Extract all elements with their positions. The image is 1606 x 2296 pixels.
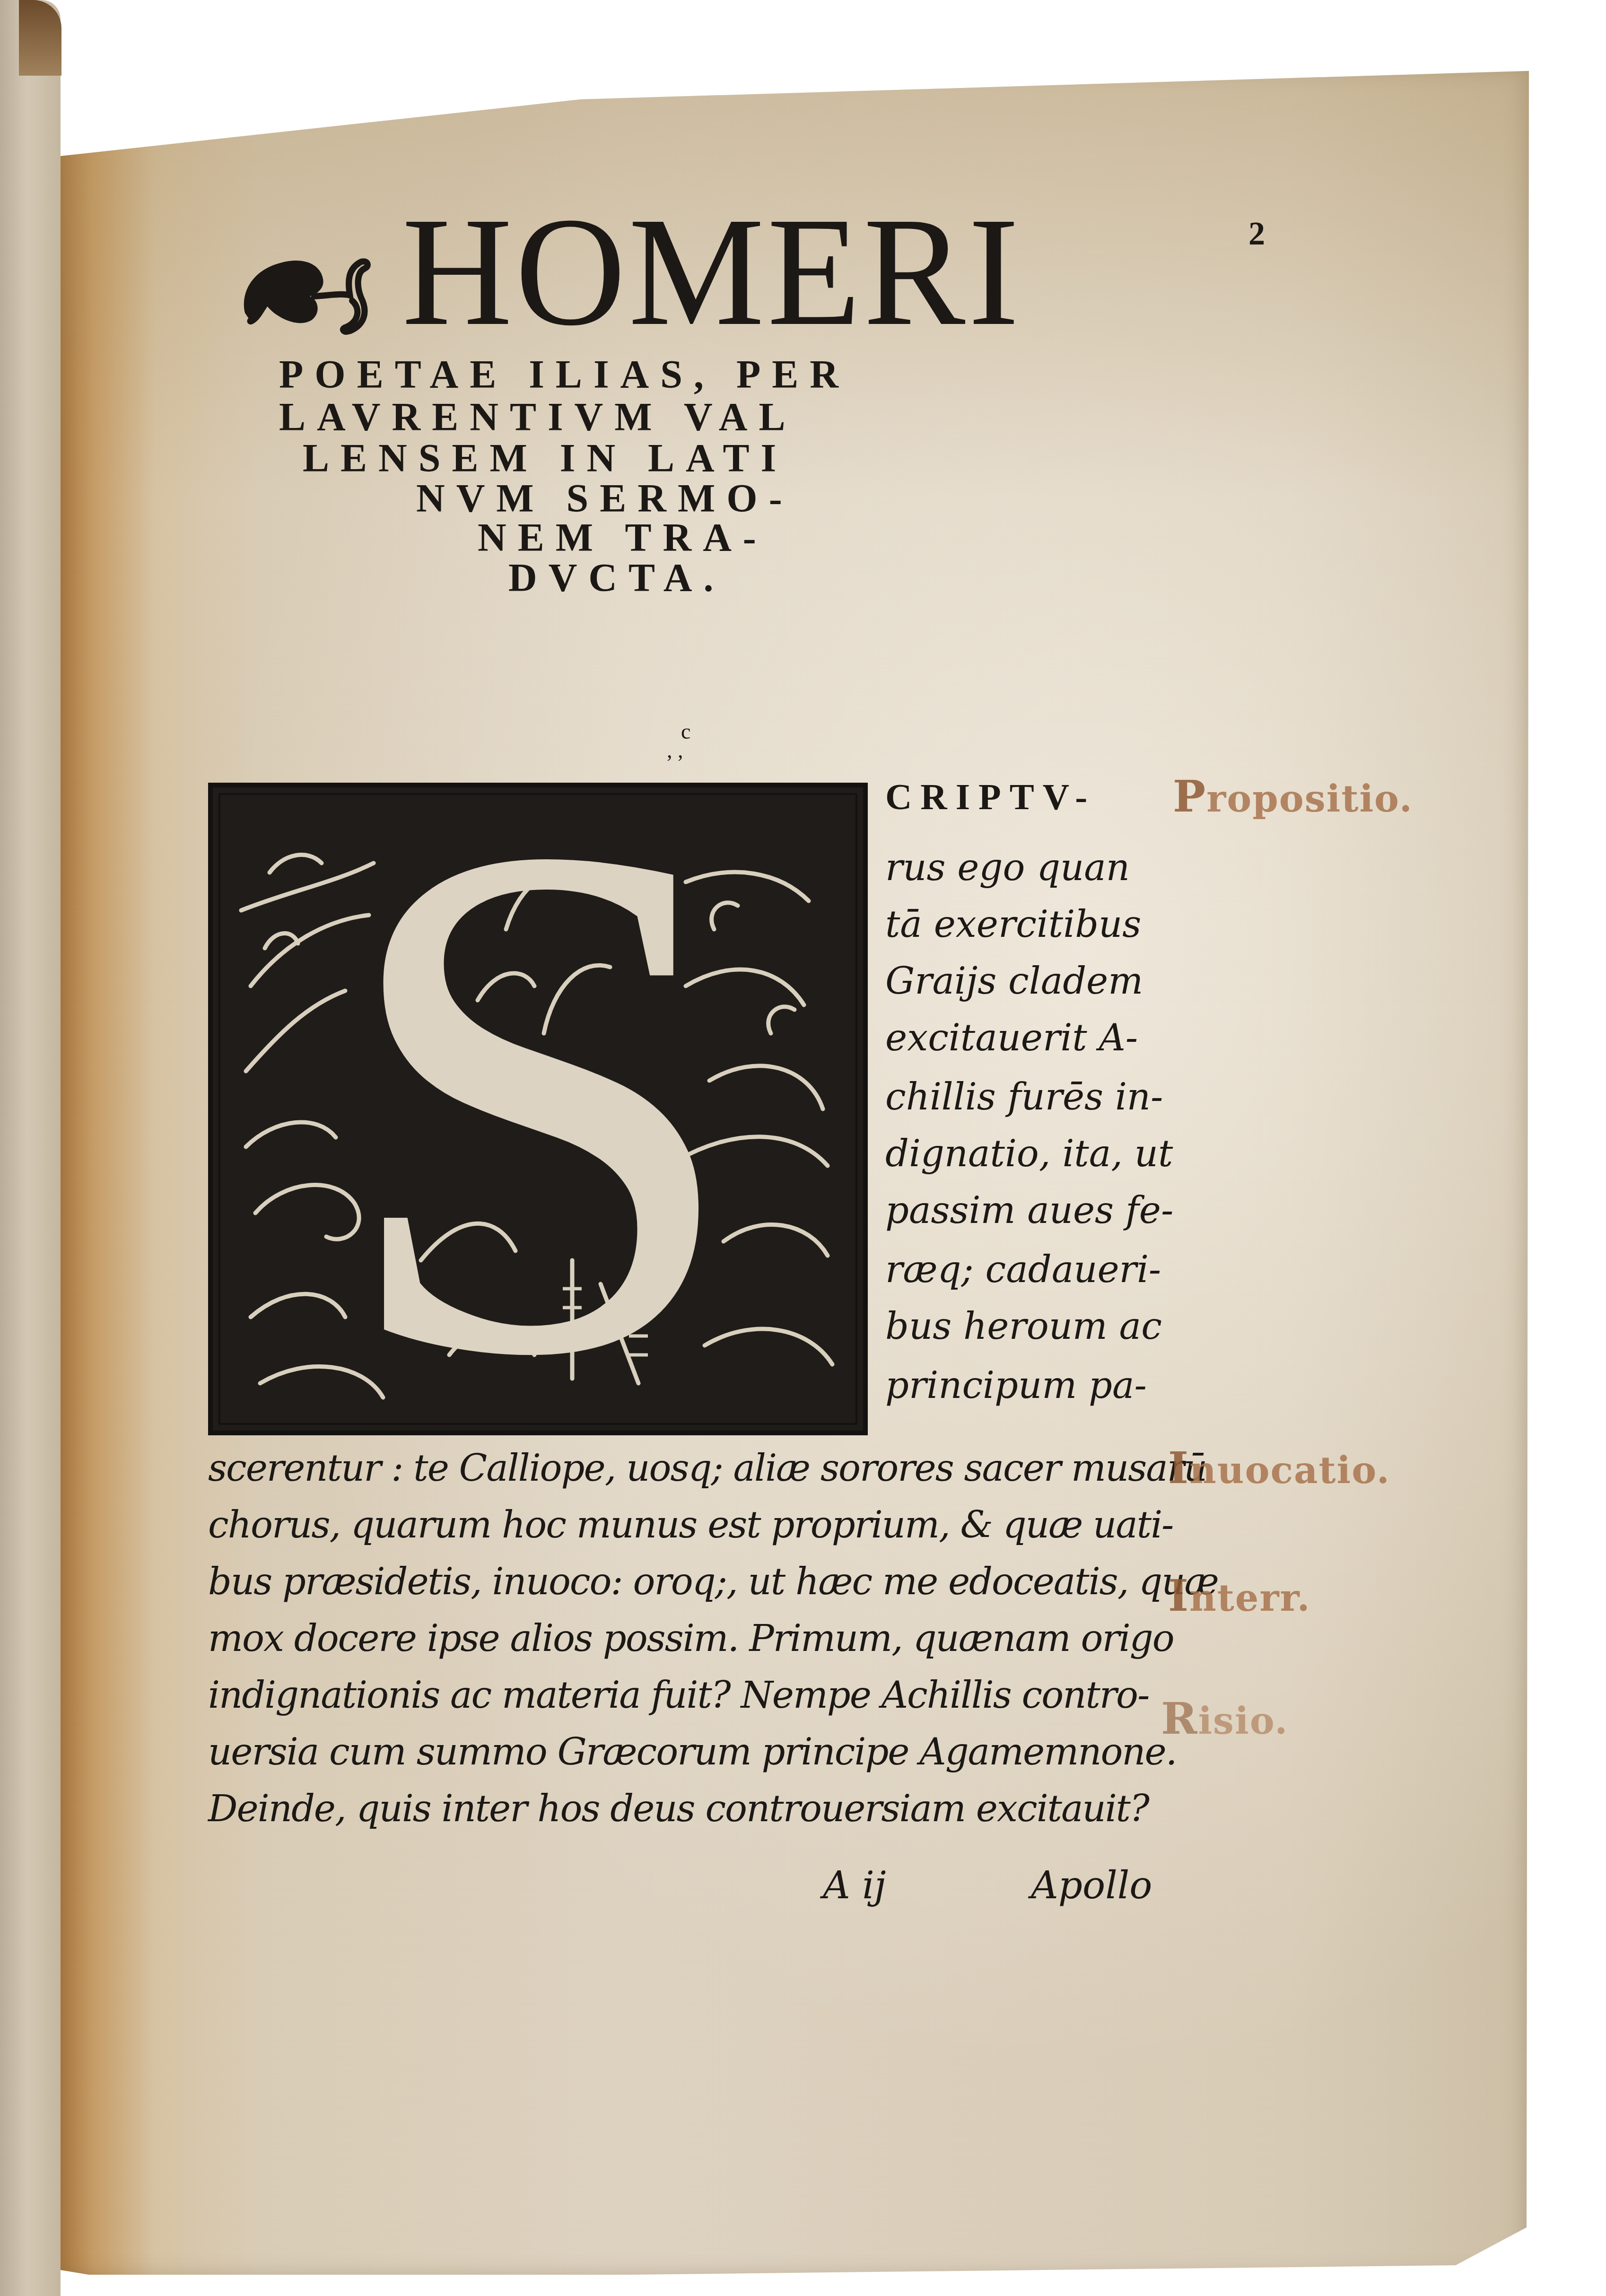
text-line: tā exercitibus: [885, 903, 1160, 946]
marginal-note-initial: I: [1168, 1570, 1189, 1621]
text-line: chorus, quarum hoc munus est proprium, &…: [208, 1504, 1159, 1546]
marginal-note-text: isio.: [1198, 1700, 1288, 1743]
catchword: Apollo: [1031, 1863, 1152, 1907]
marginal-note-initial: I: [1168, 1442, 1189, 1493]
marginal-note-initial: P: [1173, 771, 1206, 822]
marginal-note-interr: Interr.: [1168, 1570, 1311, 1621]
subtitle-line: NVM SERMO-: [416, 478, 1196, 520]
binding-edge: [19, 0, 61, 76]
text-line: bus præsidetis, inuoco: oroq;, ut hæc me…: [208, 1561, 1159, 1603]
subtitle-line: LENSEM IN LATI: [303, 437, 1083, 480]
text-line: dignatio, ita, ut: [885, 1133, 1160, 1175]
marginal-note-text: ropositio.: [1206, 777, 1413, 821]
marginal-note-risio: Risio.: [1161, 1693, 1288, 1744]
text-line: uersia cum summo Græcorum principe Agame…: [208, 1731, 1159, 1773]
marginal-note-text: nterr.: [1189, 1577, 1311, 1620]
text-line: chillis furēs in-: [885, 1076, 1160, 1118]
text-line: Deinde, quis inter hos deus controuersia…: [208, 1788, 1159, 1830]
text-line: passim aues fe-: [885, 1189, 1160, 1232]
title-homeri: HOMERI: [402, 194, 1022, 350]
text-line: scerentur : te Calliope, uosq; aliæ soro…: [208, 1447, 1159, 1490]
text-line: excitauerit A-: [885, 1017, 1160, 1059]
marginal-note-inuocatio: Inuocatio.: [1168, 1442, 1390, 1493]
text-line: indignationis ac materia fuit? Nempe Ach…: [208, 1674, 1159, 1717]
subtitle-line: POETAE ILIAS, PER: [279, 354, 1059, 396]
subtitle-line: DVCTA.: [508, 557, 1289, 600]
text-line: ræq; cadaueri-: [885, 1248, 1160, 1291]
signature-mark: A ij: [823, 1863, 886, 1907]
text-line: mox docere ipse alios possim. Primum, qu…: [208, 1617, 1159, 1660]
text-line: CRIPTV-: [885, 776, 1160, 818]
subtitle-line: NEM TRA-: [478, 517, 1258, 559]
text-line: Graijs cladem: [885, 960, 1160, 1003]
subtitle-line: LAVRENTIVM VAL: [279, 396, 1059, 439]
text-line: rus ego quan: [885, 847, 1160, 889]
marginal-note-text: nuocatio.: [1189, 1449, 1390, 1492]
marginal-note-initial: R: [1161, 1693, 1198, 1744]
previous-leaf-edge: [0, 0, 61, 2296]
folio-number: 2: [1248, 215, 1265, 253]
initial-letter-s: S: [326, 731, 752, 1468]
text-line: bus heroum ac: [885, 1305, 1160, 1348]
woodcut-initial: S: [208, 783, 868, 1435]
marginal-note-propositio: Propositio.: [1173, 771, 1413, 822]
text-line: principum pa-: [885, 1364, 1160, 1407]
fleuron-leaf-icon: [232, 246, 388, 336]
